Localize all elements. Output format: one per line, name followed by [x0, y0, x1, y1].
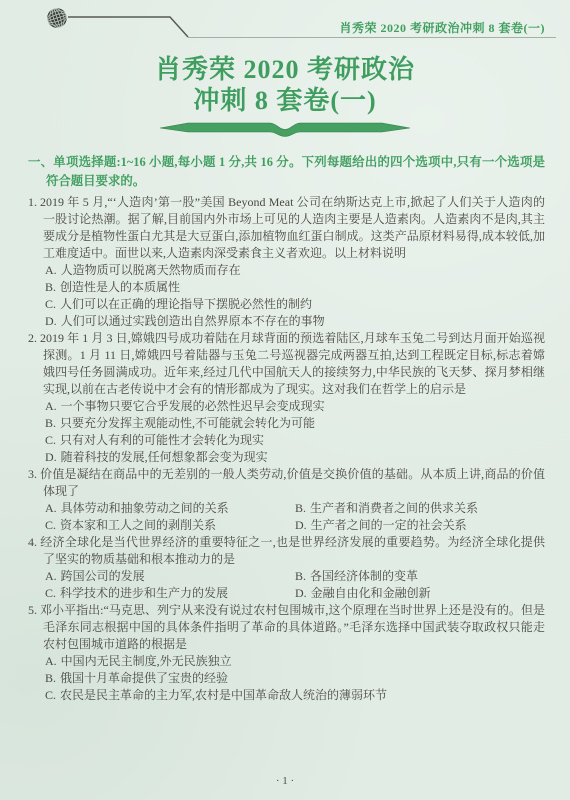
question: 4.经济全球化是当代世界经济的重要特征之一,也是世界经济发展的重要趋势。为经济全…	[28, 534, 545, 602]
section-heading: 一、单项选择题:1~16 小题,每小题 1 分,共 16 分。下列每题给出的四个…	[28, 153, 545, 191]
page-number: · 1 ·	[0, 775, 570, 787]
option-label: C.	[45, 433, 56, 447]
option-text: 具体劳动和抽象劳动之间的关系	[61, 501, 229, 515]
answer-option: A.中国内无民主制度,外无民族独立	[45, 653, 545, 670]
answer-option: D.生产者之间的一定的社会关系	[295, 517, 545, 534]
answer-option: B.只要充分发挥主观能动性,不可能就会转化为可能	[45, 415, 545, 432]
question-stem-row: 2.2019 年 1 月 3 日,嫦娥四号成功着陆在月球背面的预选着陆区,月球车…	[28, 330, 545, 398]
running-header: 肖秀荣 2020 考研政治冲刺 8 套卷(一)	[340, 19, 546, 36]
option-label: D.	[45, 314, 57, 328]
option-text: 各国经济体制的变革	[310, 569, 418, 583]
option-label: A.	[45, 569, 57, 583]
question-stem: 经济全球化是当代世界经济的重要特征之一,也是世界经济发展的重要趋势。为经济全球化…	[40, 535, 545, 566]
question-stem: 价值是凝结在商品中的无差别的一般人类劳动,价值是交换价值的基础。从本质上讲,商品…	[40, 467, 545, 498]
answer-option: B.俄国十月革命提供了宝贵的经验	[45, 670, 545, 687]
option-label: A.	[45, 654, 57, 668]
scanned-exam-page: 肖秀荣 2020 考研政治冲刺 8 套卷(一) 肖秀荣 2020 考研政治 冲刺…	[0, 0, 570, 800]
answer-option: C.只有对人有利的可能性才会转化为现实	[45, 432, 545, 449]
question-stem-row: 4.经济全球化是当代世界经济的重要特征之一,也是世界经济发展的重要趋势。为经济全…	[28, 534, 545, 568]
option-text: 资本家和工人之间的剥削关系	[60, 518, 216, 532]
question-number: 5.	[28, 603, 37, 617]
option-text: 只要充分发挥主观能动性,不可能就会转化为可能	[60, 416, 315, 430]
question: 5.邓小平指出:“马克思、列宁从来没有说过农村包围城市,这个原理在当时世界上还是…	[28, 602, 545, 704]
question-number: 2.	[28, 331, 37, 345]
option-label: A.	[45, 399, 57, 413]
option-label: B.	[295, 501, 306, 515]
question-stem-row: 1.2019 年 5 月,“‘人造肉’第一股”美国 Beyond Meat 公司…	[28, 194, 545, 262]
question-stem: 2019 年 1 月 3 日,嫦娥四号成功着陆在月球背面的预选着陆区,月球车玉兔…	[40, 331, 545, 396]
option-label: C.	[45, 518, 56, 532]
option-text: 人造物质可以脱离天然物质而存在	[61, 263, 241, 277]
question-number: 3.	[28, 467, 37, 481]
option-label: D.	[45, 450, 57, 464]
page-title-line1: 肖秀荣 2020 考研政治	[0, 54, 570, 85]
option-label: B.	[45, 280, 56, 294]
option-text: 金融自由化和金融创新	[311, 586, 431, 600]
question-number: 4.	[28, 535, 37, 549]
question-stem-row: 3.价值是凝结在商品中的无差别的一般人类劳动,价值是交换价值的基础。从本质上讲,…	[28, 466, 545, 500]
option-label: B.	[45, 671, 56, 685]
option-text: 科学技术的进步和生产力的发展	[60, 586, 228, 600]
answer-option: D.金融自由化和金融创新	[295, 585, 545, 602]
option-text: 一个事物只要它合乎发展的必然性迟早会变成现实	[61, 399, 325, 413]
answer-option: B.各国经济体制的变革	[295, 568, 545, 585]
option-text: 随着科技的发展,任何想象都会变为现实	[61, 450, 268, 464]
option-text: 生产者和消费者之间的供求关系	[310, 501, 478, 515]
answer-option: B.生产者和消费者之间的供求关系	[295, 500, 545, 517]
option-text: 生产者之间的一定的社会关系	[311, 518, 467, 532]
option-label: D.	[295, 518, 307, 532]
header-rule-left	[68, 17, 188, 37]
answer-option: C.人们可以在正确的理论指导下摆脱必然性的制约	[45, 296, 545, 313]
option-label: C.	[45, 297, 56, 311]
option-text: 俄国十月革命提供了宝贵的经验	[60, 671, 228, 685]
answer-option: A.人造物质可以脱离天然物质而存在	[45, 262, 545, 279]
question-options: A.人造物质可以脱离天然物质而存在B.创造性是人的本质属性C.人们可以在正确的理…	[45, 262, 545, 330]
answer-option: C.农民是民主革命的主力军,农村是中国革命敌人统治的薄弱环节	[45, 687, 545, 704]
option-label: C.	[45, 586, 56, 600]
option-text: 人们可以通过实践创造出自然界原本不存在的事物	[61, 314, 325, 328]
answer-option: A.一个事物只要它合乎发展的必然性迟早会变成现实	[45, 398, 545, 415]
answer-option: A.具体劳动和抽象劳动之间的关系	[45, 500, 295, 517]
question-options: A.中国内无民主制度,外无民族独立B.俄国十月革命提供了宝贵的经验C.农民是民主…	[45, 653, 545, 704]
question-options: A.跨国公司的发展B.各国经济体制的变革C.科学技术的进步和生产力的发展D.金融…	[45, 568, 545, 602]
option-text: 人们可以在正确的理论指导下摆脱必然性的制约	[60, 297, 312, 311]
answer-option: D.随着科技的发展,任何想象都会变为现实	[45, 449, 545, 466]
answer-option: A.跨国公司的发展	[45, 568, 295, 585]
option-label: D.	[295, 586, 307, 600]
option-label: C.	[45, 688, 56, 702]
question-list: 1.2019 年 5 月,“‘人造肉’第一股”美国 Beyond Meat 公司…	[28, 194, 545, 704]
option-text: 只有对人有利的可能性才会转化为现实	[60, 433, 264, 447]
answer-option: B.创造性是人的本质属性	[45, 279, 545, 296]
option-text: 跨国公司的发展	[61, 569, 145, 583]
question-stem-row: 5.邓小平指出:“马克思、列宁从来没有说过农村包围城市,这个原理在当时世界上还是…	[28, 602, 545, 653]
question-stem: 邓小平指出:“马克思、列宁从来没有说过农村包围城市,这个原理在当时世界上还是没有…	[40, 603, 545, 651]
answer-option: C.资本家和工人之间的剥削关系	[45, 517, 295, 534]
page-title-line2: 冲刺 8 套卷(一)	[0, 85, 570, 116]
question: 2.2019 年 1 月 3 日,嫦娥四号成功着陆在月球背面的预选着陆区,月球车…	[28, 330, 545, 466]
option-text: 中国内无民主制度,外无民族独立	[61, 654, 232, 668]
question-options: A.一个事物只要它合乎发展的必然性迟早会变成现实B.只要充分发挥主观能动性,不可…	[45, 398, 545, 466]
question-stem: 2019 年 5 月,“‘人造肉’第一股”美国 Beyond Meat 公司在纳…	[40, 195, 545, 260]
globe-logo-icon	[45, 6, 70, 31]
question-number: 1.	[28, 195, 37, 209]
answer-option: D.人们可以通过实践创造出自然界原本不存在的事物	[45, 313, 545, 330]
question-options: A.具体劳动和抽象劳动之间的关系B.生产者和消费者之间的供求关系C.资本家和工人…	[45, 500, 545, 534]
option-label: B.	[45, 416, 56, 430]
title-underline-ribbon-icon	[160, 120, 410, 138]
question: 1.2019 年 5 月,“‘人造肉’第一股”美国 Beyond Meat 公司…	[28, 194, 545, 330]
answer-option: C.科学技术的进步和生产力的发展	[45, 585, 295, 602]
question: 3.价值是凝结在商品中的无差别的一般人类劳动,价值是交换价值的基础。从本质上讲,…	[28, 466, 545, 534]
option-label: B.	[295, 569, 306, 583]
option-label: A.	[45, 501, 57, 515]
option-text: 农民是民主革命的主力军,农村是中国革命敌人统治的薄弱环节	[60, 688, 387, 702]
option-label: A.	[45, 263, 57, 277]
option-text: 创造性是人的本质属性	[60, 280, 180, 294]
